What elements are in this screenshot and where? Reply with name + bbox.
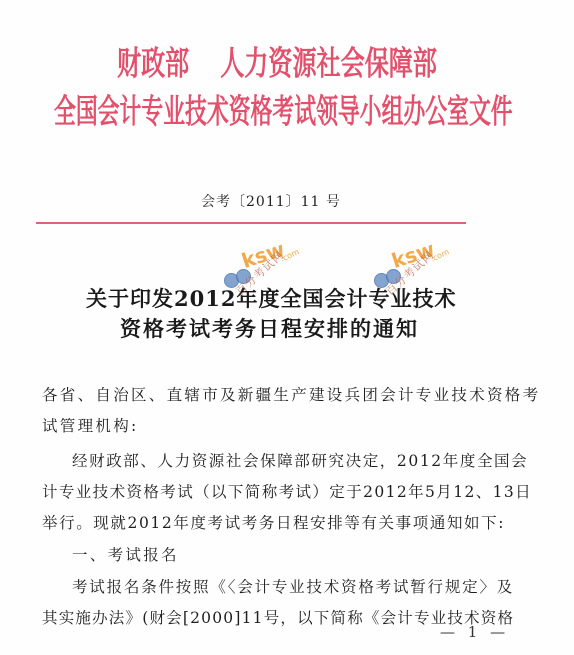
page-number: — 1 — — [440, 623, 509, 641]
watermark-logo-suffix: .com — [429, 247, 451, 263]
document-number: 会考〔2011〕11 号 — [201, 191, 341, 211]
document-title-line-1: 关于印发2012年度全国会计专业技术 — [86, 283, 456, 313]
paragraph-line: 考试报名条件按照《〈会计专业技术资格考试暂行规定〉及 — [72, 575, 514, 597]
document-page: 财政部人力资源社会保障部 全国会计专业技术资格考试领导小组办公室文件 会考〔20… — [0, 0, 574, 655]
letterhead-org-line-2: 全国会计专业技术资格考试领导小组办公室文件 — [54, 86, 513, 133]
org-ministry-of-finance: 财政部 — [117, 44, 189, 83]
letterhead-org-line-1: 财政部人力资源社会保障部 — [117, 38, 437, 85]
paragraph-line: 经财政部、人力资源社会保障部研究决定，2012年度全国会 — [72, 449, 528, 471]
salutation-line-1: 各省、自治区、直辖市及新疆生产建设兵团会计专业技术资格考 — [42, 383, 540, 405]
red-divider-rule — [36, 222, 466, 224]
salutation-line-2: 试管理机构: — [42, 414, 139, 436]
watermark-dot-icon — [386, 269, 401, 284]
watermark-logo-text: ksw — [389, 237, 438, 273]
watermark-dot-icon — [236, 269, 251, 284]
watermark-logo-text: ksw — [239, 237, 288, 273]
paragraph-line: 计专业技术资格考试（以下简称考试）定于2012年5月12、13日 — [42, 480, 532, 502]
org-ministry-of-hr: 人力资源社会保障部 — [220, 44, 437, 83]
paragraph-line: 举行。现就2012年度考试考务日程安排等有关事项通知如下: — [42, 511, 505, 533]
section-heading: 一、考试报名 — [72, 543, 179, 565]
watermark-logo-suffix: .com — [279, 247, 301, 263]
document-title-line-2: 资格考试考务日程安排的通知 — [120, 313, 419, 343]
